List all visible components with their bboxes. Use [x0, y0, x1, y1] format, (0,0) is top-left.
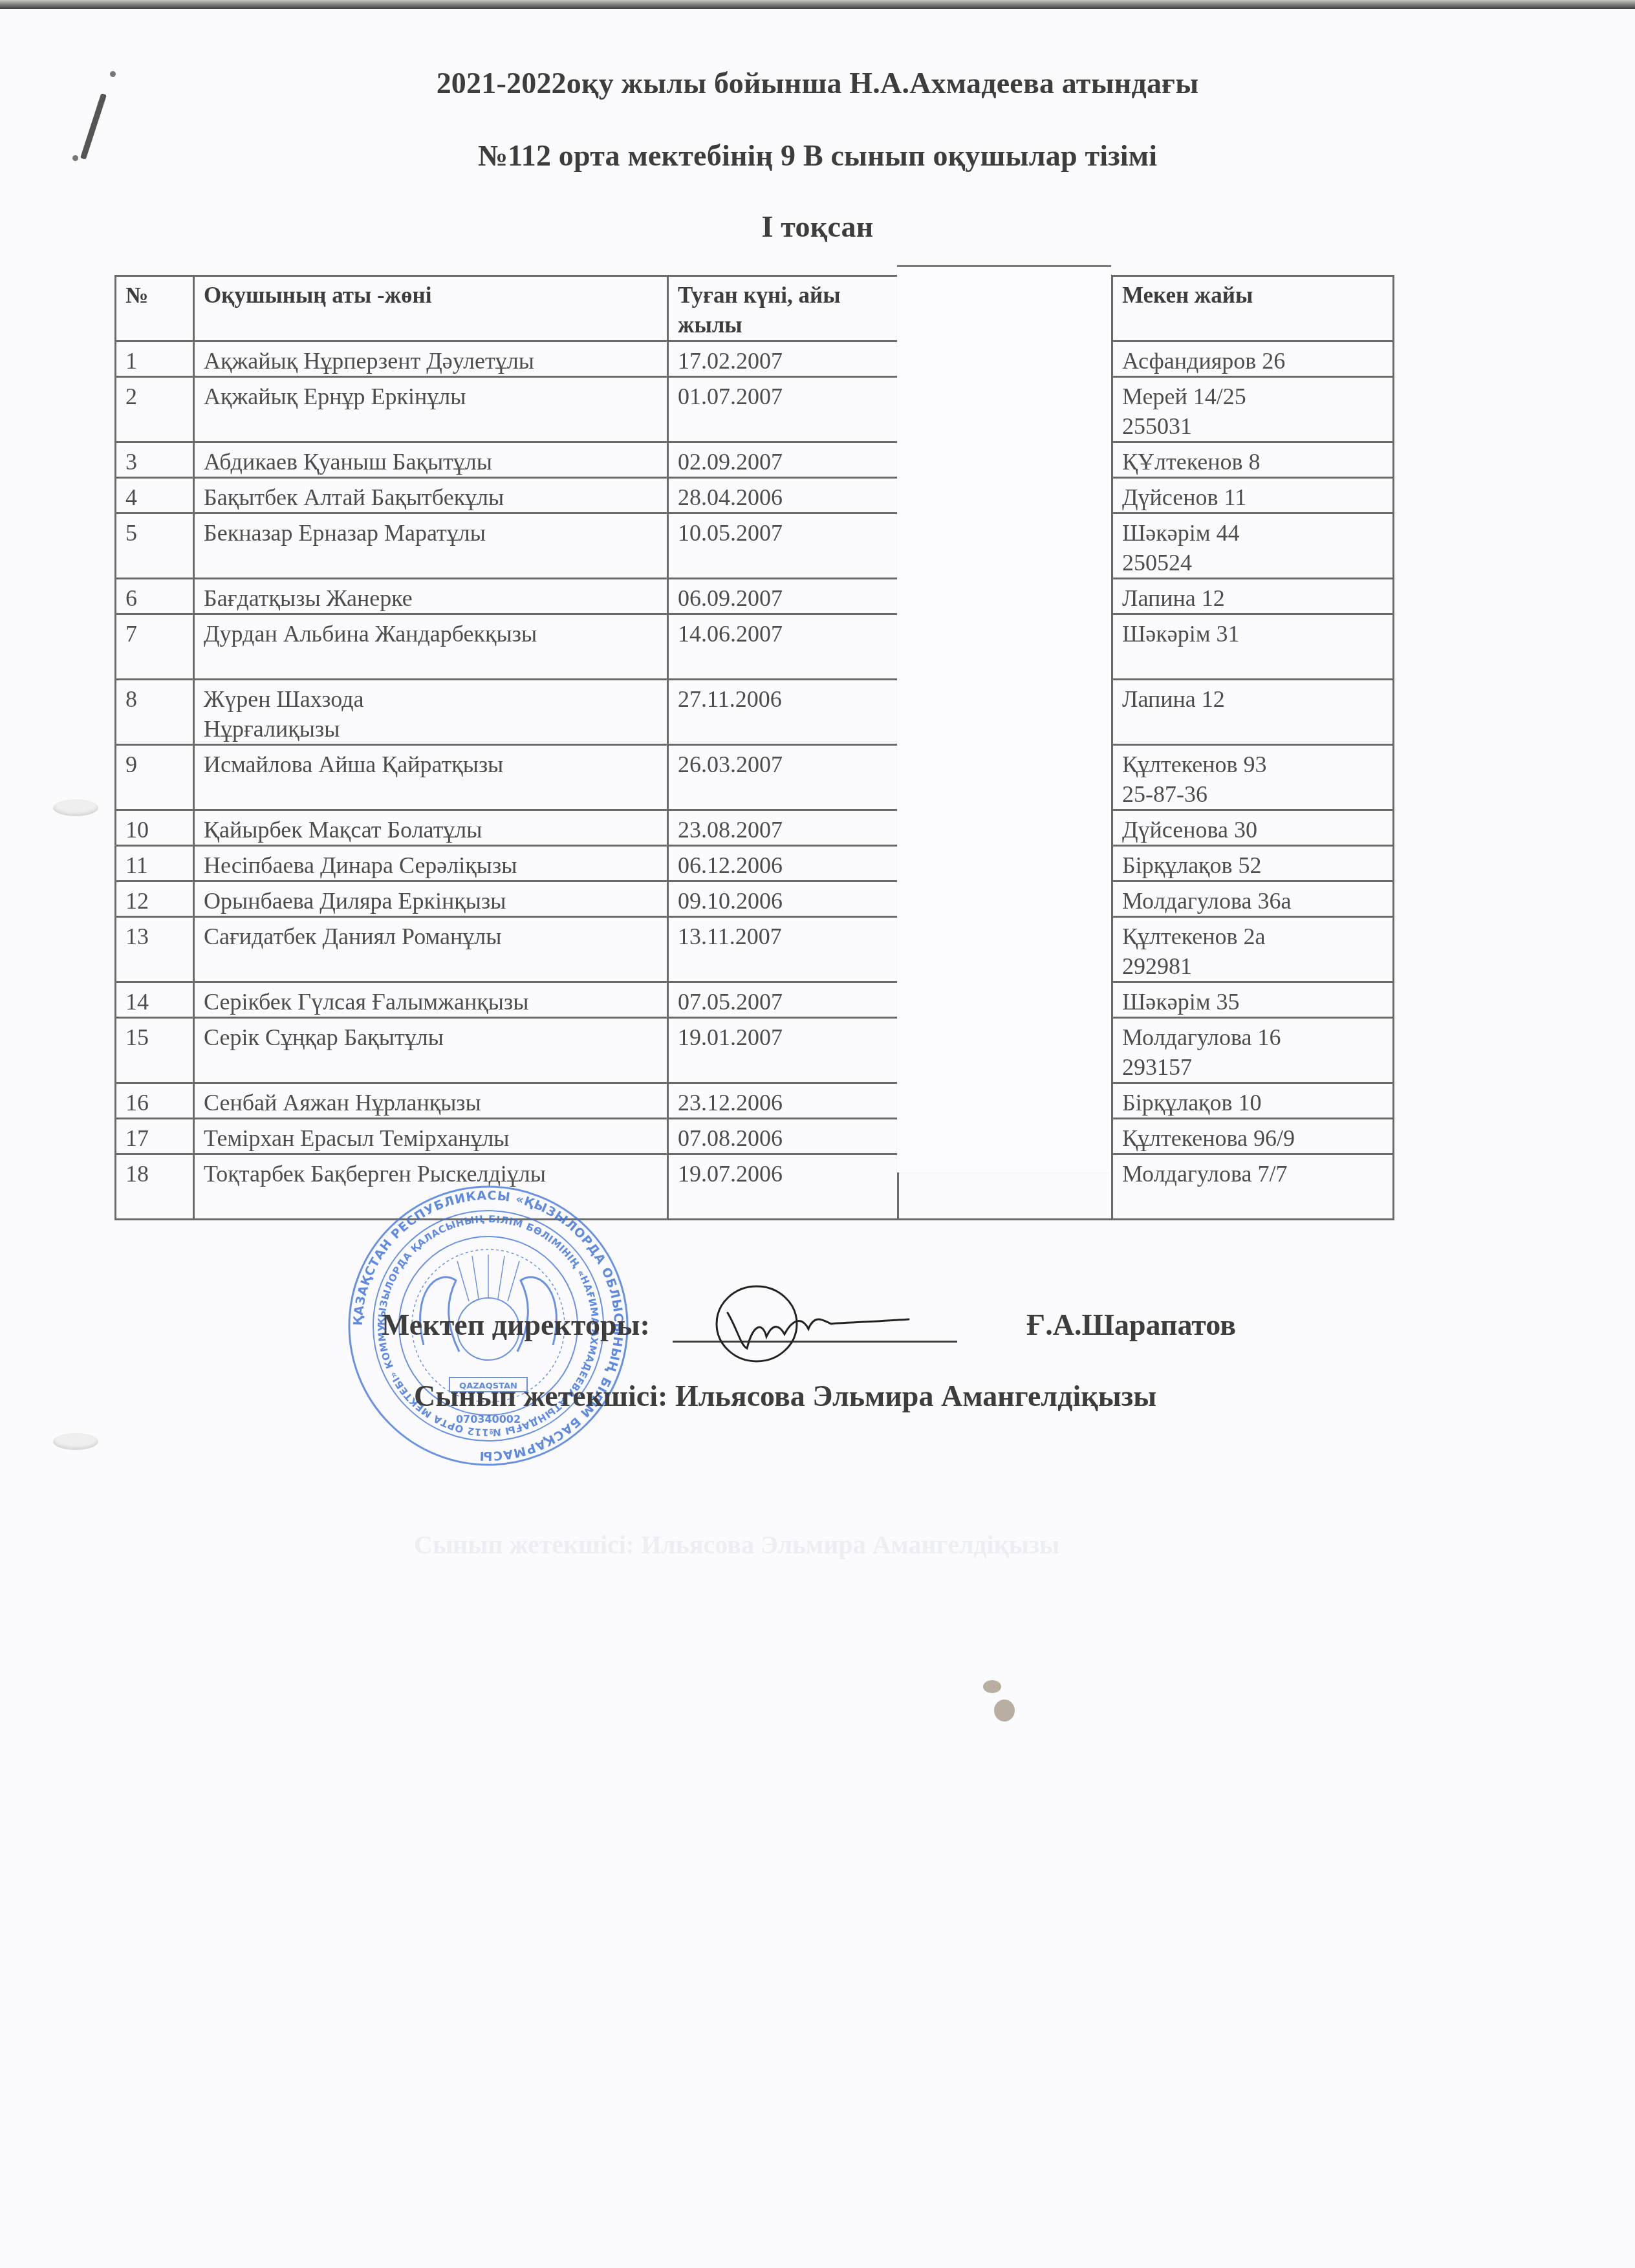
table-row: 15Серік Сұңқар Бақытұлы19.01.2007Молдагу… [116, 1018, 1394, 1083]
cell-student-name: Сағидатбек Даниял Романұлы [194, 917, 668, 982]
cell-number: 8 [116, 680, 194, 745]
cell-student-name-line: Жүрен Шахзода [204, 684, 658, 714]
cell-birthdate: 07.05.2007 [668, 982, 898, 1018]
covered-column-paper-patch [897, 265, 1111, 1172]
cell-address: Мерей 14/25255031 [1112, 377, 1394, 442]
document-title-line2: №112 орта мектебінің 9 В сынып оқушылар … [0, 138, 1635, 173]
cell-number: 16 [116, 1083, 194, 1119]
cell-number: 3 [116, 442, 194, 478]
cell-address-line: 292981 [1122, 951, 1383, 981]
cell-number: 12 [116, 881, 194, 917]
header-number: № [116, 276, 194, 341]
cell-number: 5 [116, 513, 194, 579]
cell-student-name: Бекназар Ерназар Маратұлы [194, 513, 668, 579]
table-header-row: № Оқушының аты -жөні Туған күні, айы жыл… [116, 276, 1394, 341]
cell-address: Құлтекенова 96/9 [1112, 1119, 1394, 1154]
cell-student-name-line: Исмайлова Айша Қайратқызы [204, 750, 658, 779]
cell-address: Молдагулова 7/7 [1112, 1154, 1394, 1220]
cell-student-name: Несіпбаева Динара Серәліқызы [194, 846, 668, 881]
cell-address-line: Шәкәрім 31 [1122, 619, 1383, 649]
cell-address-line: Молдагулова 16 [1122, 1022, 1383, 1052]
class-teacher-label: Сынып жетекшісі: [414, 1379, 667, 1412]
smudge [983, 1680, 1001, 1693]
table-row: 13Сағидатбек Даниял Романұлы13.11.2007Құ… [116, 917, 1394, 982]
cell-student-name-line: Нұрғалиқызы [204, 714, 658, 744]
punch-hole [53, 799, 98, 816]
class-teacher-name: Ильясова Эльмира Амангелдіқызы [675, 1379, 1156, 1412]
director-signature [702, 1284, 915, 1368]
table-row: 18Тоқтарбек Бақберген Рыскелдіұлы19.07.2… [116, 1154, 1394, 1220]
cell-address: Дүйсенова 30 [1112, 810, 1394, 846]
cell-address-line: Молдагулова 7/7 [1122, 1159, 1383, 1189]
cell-address-line: 25-87-36 [1122, 779, 1383, 809]
cell-birthdate: 07.08.2006 [668, 1119, 898, 1154]
cell-address-line: Құлтекенов 2а [1122, 922, 1383, 951]
cell-number: 7 [116, 614, 194, 680]
cell-address: Лапина 12 [1112, 579, 1394, 614]
cell-address: ҚҰлтекенов 8 [1112, 442, 1394, 478]
cell-number: 4 [116, 478, 194, 513]
table-row: 16Сенбай Аяжан Нұрланқызы23.12.2006Бірқұ… [116, 1083, 1394, 1119]
cell-birthdate: 02.09.2007 [668, 442, 898, 478]
cell-address: Дүйсенов 11 [1112, 478, 1394, 513]
cell-address-line: Мерей 14/25 [1122, 382, 1383, 411]
table-row: 14Серікбек Гүлсая Ғалымжанқызы07.05.2007… [116, 982, 1394, 1018]
cell-birthdate: 06.09.2007 [668, 579, 898, 614]
table-row: 6Бағдатқызы Жанерке06.09.2007Лапина 12 [116, 579, 1394, 614]
cell-address-line: 293157 [1122, 1052, 1383, 1082]
cell-birthdate: 23.12.2006 [668, 1083, 898, 1119]
director-name: Ғ.А.Шарапатов [1026, 1308, 1236, 1342]
svg-text:070340002: 070340002 [456, 1413, 521, 1425]
cell-address-line: Құлтекенова 96/9 [1122, 1123, 1383, 1153]
table-row: 17Темірхан Ерасыл Темірханұлы07.08.2006Қ… [116, 1119, 1394, 1154]
table-row: 5Бекназар Ерназар Маратұлы10.05.2007Шәкә… [116, 513, 1394, 579]
punch-hole [53, 1433, 98, 1450]
cell-address-line: ҚҰлтекенов 8 [1122, 447, 1383, 477]
table-row: 9Исмайлова Айша Қайратқызы26.03.2007Құлт… [116, 745, 1394, 810]
cell-address: Шәкәрім 44250524 [1112, 513, 1394, 579]
table-row: 12Орынбаева Диляра Еркінқызы09.10.2006Мо… [116, 881, 1394, 917]
cell-student-name-line: Орынбаева Диляра Еркінқызы [204, 886, 658, 916]
cell-student-name: Серікбек Гүлсая Ғалымжанқызы [194, 982, 668, 1018]
cell-student-name-line: Бақытбек Алтай Бақытбекұлы [204, 482, 658, 512]
cell-student-name-line: Абдикаев Қуаныш Бақытұлы [204, 447, 658, 477]
cell-address-line: Молдагулова 36а [1122, 886, 1383, 916]
cell-number: 10 [116, 810, 194, 846]
table-row: 4Бақытбек Алтай Бақытбекұлы28.04.2006Дүй… [116, 478, 1394, 513]
cell-address-line: 255031 [1122, 411, 1383, 441]
class-teacher-line: Сынып жетекшісі: Ильясова Эльмира Аманге… [414, 1379, 1156, 1413]
cell-birthdate: 09.10.2006 [668, 881, 898, 917]
cell-student-name: Сенбай Аяжан Нұрланқызы [194, 1083, 668, 1119]
table-row: 8Жүрен ШахзодаНұрғалиқызы27.11.2006Лапин… [116, 680, 1394, 745]
cell-student-name-line: Серік Сұңқар Бақытұлы [204, 1022, 658, 1052]
cell-student-name: Орынбаева Диляра Еркінқызы [194, 881, 668, 917]
cell-birthdate: 06.12.2006 [668, 846, 898, 881]
cell-address-line: 250524 [1122, 548, 1383, 578]
cell-address-line: Лапина 12 [1122, 684, 1383, 714]
cell-student-name-line: Бағдатқызы Жанерке [204, 583, 658, 613]
cell-number: 9 [116, 745, 194, 810]
cell-address-line: Құлтекенов 93 [1122, 750, 1383, 779]
cell-address: Құлтекенов 9325-87-36 [1112, 745, 1394, 810]
cell-birthdate: 28.04.2006 [668, 478, 898, 513]
cell-student-name-line: Бекназар Ерназар Маратұлы [204, 518, 658, 548]
header-birthdate-line1: Туған күні, айы [678, 281, 888, 310]
cell-birthdate: 14.06.2007 [668, 614, 898, 680]
cell-number: 13 [116, 917, 194, 982]
cell-number: 15 [116, 1018, 194, 1083]
cell-number: 17 [116, 1119, 194, 1154]
cell-address-line: Дүйсенова 30 [1122, 815, 1383, 845]
table-row: 3Абдикаев Қуаныш Бақытұлы02.09.2007ҚҰлте… [116, 442, 1394, 478]
cell-student-name: Бағдатқызы Жанерке [194, 579, 668, 614]
cell-address: Бірқұлақов 52 [1112, 846, 1394, 881]
header-name: Оқушының аты -жөні [194, 276, 668, 341]
cell-student-name-line: Несіпбаева Динара Серәліқызы [204, 850, 658, 880]
cell-student-name-line: Дурдан Альбина Жандарбекқызы [204, 619, 658, 649]
cell-student-name: Бақытбек Алтай Бақытбекұлы [194, 478, 668, 513]
table-row: 1Ақжайық Нұрперзент Дәулетұлы17.02.2007А… [116, 341, 1394, 377]
cell-student-name-line: Темірхан Ерасыл Темірханұлы [204, 1123, 658, 1153]
header-address: Мекен жайы [1112, 276, 1394, 341]
scan-edge [0, 0, 1635, 9]
cell-birthdate: 13.11.2007 [668, 917, 898, 982]
cell-birthdate: 17.02.2007 [668, 341, 898, 377]
cell-address-line: Шәкәрім 44 [1122, 518, 1383, 548]
cell-address-line: Асфандияров 26 [1122, 346, 1383, 376]
cell-address-line: Бірқұлақов 52 [1122, 850, 1383, 880]
cell-number: 2 [116, 377, 194, 442]
cell-address: Молдагулова 36а [1112, 881, 1394, 917]
cell-student-name: Ақжайық Ернұр Еркінұлы [194, 377, 668, 442]
cell-address: Асфандияров 26 [1112, 341, 1394, 377]
cell-number: 1 [116, 341, 194, 377]
cell-student-name-line: Сенбай Аяжан Нұрланқызы [204, 1088, 658, 1118]
bleed-through-text: Сынып жетекшісі: Ильясова Эльмира Аманге… [414, 1529, 1059, 1560]
table-row: 11Несіпбаева Динара Серәліқызы06.12.2006… [116, 846, 1394, 881]
student-roster-table: № Оқушының аты -жөні Туған күні, айы жыл… [114, 275, 1394, 1220]
cell-student-name-line: Серікбек Гүлсая Ғалымжанқызы [204, 987, 658, 1017]
cell-address-line: Лапина 12 [1122, 583, 1383, 613]
cell-student-name: Жүрен ШахзодаНұрғалиқызы [194, 680, 668, 745]
cell-birthdate: 27.11.2006 [668, 680, 898, 745]
cell-address-line: Дүйсенов 11 [1122, 482, 1383, 512]
cell-address: Құлтекенов 2а292981 [1112, 917, 1394, 982]
cell-student-name: Темірхан Ерасыл Темірханұлы [194, 1119, 668, 1154]
cell-number: 14 [116, 982, 194, 1018]
table-row: 2Ақжайық Ернұр Еркінұлы01.07.2007Мерей 1… [116, 377, 1394, 442]
cell-student-name: Серік Сұңқар Бақытұлы [194, 1018, 668, 1083]
cell-student-name-line: Сағидатбек Даниял Романұлы [204, 922, 658, 951]
smudge [994, 1700, 1015, 1722]
cell-birthdate: 19.01.2007 [668, 1018, 898, 1083]
cell-number: 6 [116, 579, 194, 614]
cell-birthdate: 10.05.2007 [668, 513, 898, 579]
cell-number: 18 [116, 1154, 194, 1220]
cell-birthdate: 19.07.2006 [668, 1154, 898, 1220]
document-title-line3: І тоқсан [0, 210, 1635, 244]
cell-address: Лапина 12 [1112, 680, 1394, 745]
cell-address-line: Шәкәрім 35 [1122, 987, 1383, 1017]
cell-student-name-line: Ақжайық Ернұр Еркінұлы [204, 382, 658, 411]
cell-address: Молдагулова 16293157 [1112, 1018, 1394, 1083]
cell-student-name: Исмайлова Айша Қайратқызы [194, 745, 668, 810]
cell-birthdate: 23.08.2007 [668, 810, 898, 846]
cell-address: Шәкәрім 31 [1112, 614, 1394, 680]
cell-birthdate: 26.03.2007 [668, 745, 898, 810]
cell-address: Шәкәрім 35 [1112, 982, 1394, 1018]
cell-number: 11 [116, 846, 194, 881]
cell-student-name-line: Ақжайық Нұрперзент Дәулетұлы [204, 346, 658, 376]
header-birthdate-line2: жылы [678, 310, 888, 340]
header-birthdate: Туған күні, айы жылы [668, 276, 898, 341]
cell-student-name-line: Қайырбек Мақсат Болатұлы [204, 815, 658, 845]
cell-student-name: Қайырбек Мақсат Болатұлы [194, 810, 668, 846]
cell-address: Бірқұлақов 10 [1112, 1083, 1394, 1119]
cell-student-name: Абдикаев Қуаныш Бақытұлы [194, 442, 668, 478]
cell-student-name: Ақжайық Нұрперзент Дәулетұлы [194, 341, 668, 377]
cell-student-name: Дурдан Альбина Жандарбекқызы [194, 614, 668, 680]
table-row: 7Дурдан Альбина Жандарбекқызы14.06.2007Ш… [116, 614, 1394, 680]
director-label: Мектеп директоры: [382, 1308, 650, 1342]
document-title-line1: 2021-2022оқу жылы бойынша Н.А.Ахмадеева … [0, 66, 1635, 100]
table-row: 10Қайырбек Мақсат Болатұлы23.08.2007Дүйс… [116, 810, 1394, 846]
cell-birthdate: 01.07.2007 [668, 377, 898, 442]
cell-address-line: Бірқұлақов 10 [1122, 1088, 1383, 1118]
